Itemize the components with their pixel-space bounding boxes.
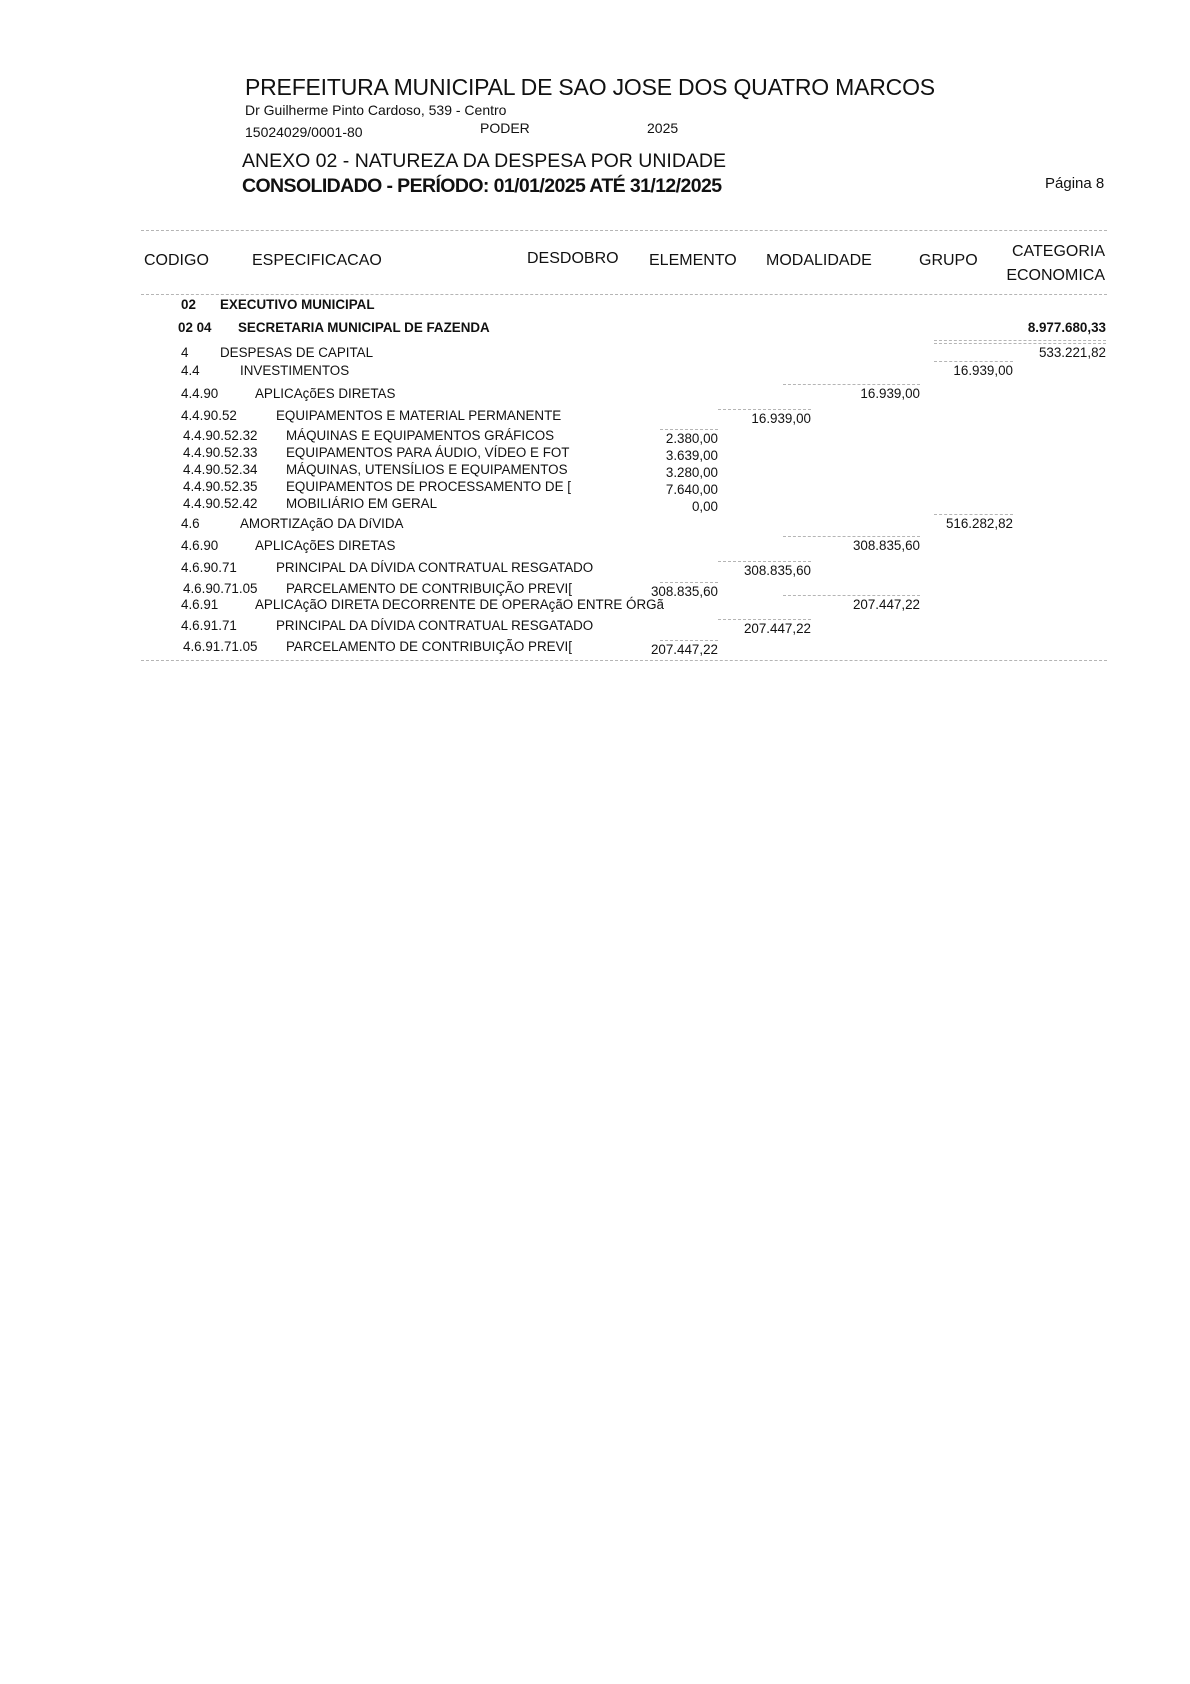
row-code: 4.6.91 bbox=[181, 597, 218, 612]
value-modalidade: 308.835,60 bbox=[853, 538, 920, 553]
row-description: PARCELAMENTO DE CONTRIBUIÇÃO PREVI[ bbox=[286, 639, 572, 654]
value-desdobro: 2.380,00 bbox=[666, 431, 718, 446]
address: Dr Guilherme Pinto Cardoso, 539 - Centro bbox=[245, 102, 506, 118]
row-code: 4.4.90.52.33 bbox=[183, 445, 257, 460]
subtotal-rule bbox=[718, 619, 811, 620]
row-code: 4 bbox=[181, 345, 188, 360]
row-description: SECRETARIA MUNICIPAL DE FAZENDA bbox=[238, 320, 490, 335]
row-description: APLICAçõES DIRETAS bbox=[255, 538, 395, 553]
value-modalidade: 16.939,00 bbox=[860, 386, 920, 401]
row-code: 4.4.90 bbox=[181, 386, 218, 401]
row-description: PRINCIPAL DA DÍVIDA CONTRATUAL RESGATADO bbox=[276, 618, 593, 633]
row-description: EQUIPAMENTOS DE PROCESSAMENTO DE [ bbox=[286, 479, 571, 494]
subtotal-rule bbox=[783, 595, 920, 596]
value-desdobro: 207.447,22 bbox=[651, 642, 718, 657]
value-categoria: 8.977.680,33 bbox=[1028, 320, 1106, 335]
row-description: AMORTIZAçãO DA DíVIDA bbox=[240, 516, 403, 531]
row-code: 02 bbox=[181, 297, 196, 312]
row-description: MÁQUINAS E EQUIPAMENTOS GRÁFICOS bbox=[286, 428, 554, 443]
subtotal-rule bbox=[660, 640, 718, 641]
row-code: 4.6.91.71 bbox=[181, 618, 237, 633]
row-code: 4.4.90.52.34 bbox=[183, 462, 257, 477]
value-desdobro: 3.280,00 bbox=[666, 465, 718, 480]
value-desdobro: 7.640,00 bbox=[666, 482, 718, 497]
row-code: 4.4.90.52.32 bbox=[183, 428, 257, 443]
col-modalidade: MODALIDADE bbox=[766, 252, 872, 270]
row-description: MÁQUINAS, UTENSÍLIOS E EQUIPAMENTOS bbox=[286, 462, 568, 477]
year: 2025 bbox=[647, 120, 678, 136]
value-desdobro: 3.639,00 bbox=[666, 448, 718, 463]
page-number: Página 8 bbox=[1045, 175, 1104, 192]
bottom-divider bbox=[141, 660, 1107, 661]
col-grupo: GRUPO bbox=[919, 252, 978, 270]
row-description: PRINCIPAL DA DÍVIDA CONTRATUAL RESGATADO bbox=[276, 560, 593, 575]
value-desdobro: 0,00 bbox=[692, 499, 718, 514]
row-code: 4.4.90.52 bbox=[181, 408, 237, 423]
row-code: 4.4.90.52.35 bbox=[183, 479, 257, 494]
report-title: ANEXO 02 - NATUREZA DA DESPESA POR UNIDA… bbox=[242, 150, 726, 173]
subtotal-rule bbox=[783, 536, 920, 537]
row-description: MOBILIÁRIO EM GERAL bbox=[286, 496, 437, 511]
value-grupo: 516.282,82 bbox=[946, 516, 1013, 531]
row-code: 02 04 bbox=[178, 320, 212, 335]
row-code: 4.4.90.52.42 bbox=[183, 496, 257, 511]
subtotal-rule bbox=[783, 384, 920, 385]
value-categoria: 533.221,82 bbox=[1039, 345, 1106, 360]
row-description: APLICAçõES DIRETAS bbox=[255, 386, 395, 401]
subtotal-rule bbox=[934, 340, 1106, 341]
top-divider bbox=[141, 230, 1107, 231]
col-elemento: ELEMENTO bbox=[649, 252, 737, 270]
report-subtitle: CONSOLIDADO - PERÍODO: 01/01/2025 ATÉ 31… bbox=[242, 175, 721, 198]
subtotal-rule bbox=[934, 343, 1106, 344]
row-description: EQUIPAMENTOS E MATERIAL PERMANENTE bbox=[276, 408, 561, 423]
row-code: 4.6.90 bbox=[181, 538, 218, 553]
subtotal-rule bbox=[660, 582, 718, 583]
row-description: INVESTIMENTOS bbox=[240, 363, 349, 378]
value-elemento: 207.447,22 bbox=[744, 621, 811, 636]
subtotal-rule bbox=[660, 429, 718, 430]
col-codigo: CODIGO bbox=[144, 252, 209, 270]
value-modalidade: 207.447,22 bbox=[853, 597, 920, 612]
value-elemento: 16.939,00 bbox=[751, 411, 811, 426]
row-code: 4.6.90.71 bbox=[181, 560, 237, 575]
row-code: 4.6.90.71.05 bbox=[183, 581, 257, 596]
poder-label: PODER bbox=[480, 120, 530, 136]
subtotal-rule bbox=[934, 514, 1013, 515]
col-especificacao: ESPECIFICACAO bbox=[252, 252, 382, 270]
row-code: 4.4 bbox=[181, 363, 200, 378]
subtotal-rule bbox=[934, 361, 1013, 362]
row-description: PARCELAMENTO DE CONTRIBUIÇÃO PREVI[ bbox=[286, 581, 572, 596]
row-code: 4.6 bbox=[181, 516, 200, 531]
col-categoria-line1: CATEGORIA bbox=[1012, 243, 1105, 261]
subtotal-rule bbox=[718, 561, 811, 562]
value-elemento: 308.835,60 bbox=[744, 563, 811, 578]
subtotal-rule bbox=[718, 409, 811, 410]
row-description: EXECUTIVO MUNICIPAL bbox=[220, 297, 375, 312]
row-description: APLICAçãO DIRETA DECORRENTE DE OPERAçãO … bbox=[255, 597, 664, 612]
row-code: 4.6.91.71.05 bbox=[183, 639, 257, 654]
col-categoria-line2: ECONOMICA bbox=[1006, 267, 1105, 285]
header-divider bbox=[141, 294, 1107, 295]
cnpj: 15024029/0001-80 bbox=[245, 124, 363, 140]
value-grupo: 16.939,00 bbox=[953, 363, 1013, 378]
col-desdobro: DESDOBRO bbox=[527, 250, 619, 268]
municipality-title: PREFEITURA MUNICIPAL DE SAO JOSE DOS QUA… bbox=[245, 74, 935, 101]
row-description: EQUIPAMENTOS PARA ÁUDIO, VÍDEO E FOT bbox=[286, 445, 569, 460]
row-description: DESPESAS DE CAPITAL bbox=[220, 345, 373, 360]
